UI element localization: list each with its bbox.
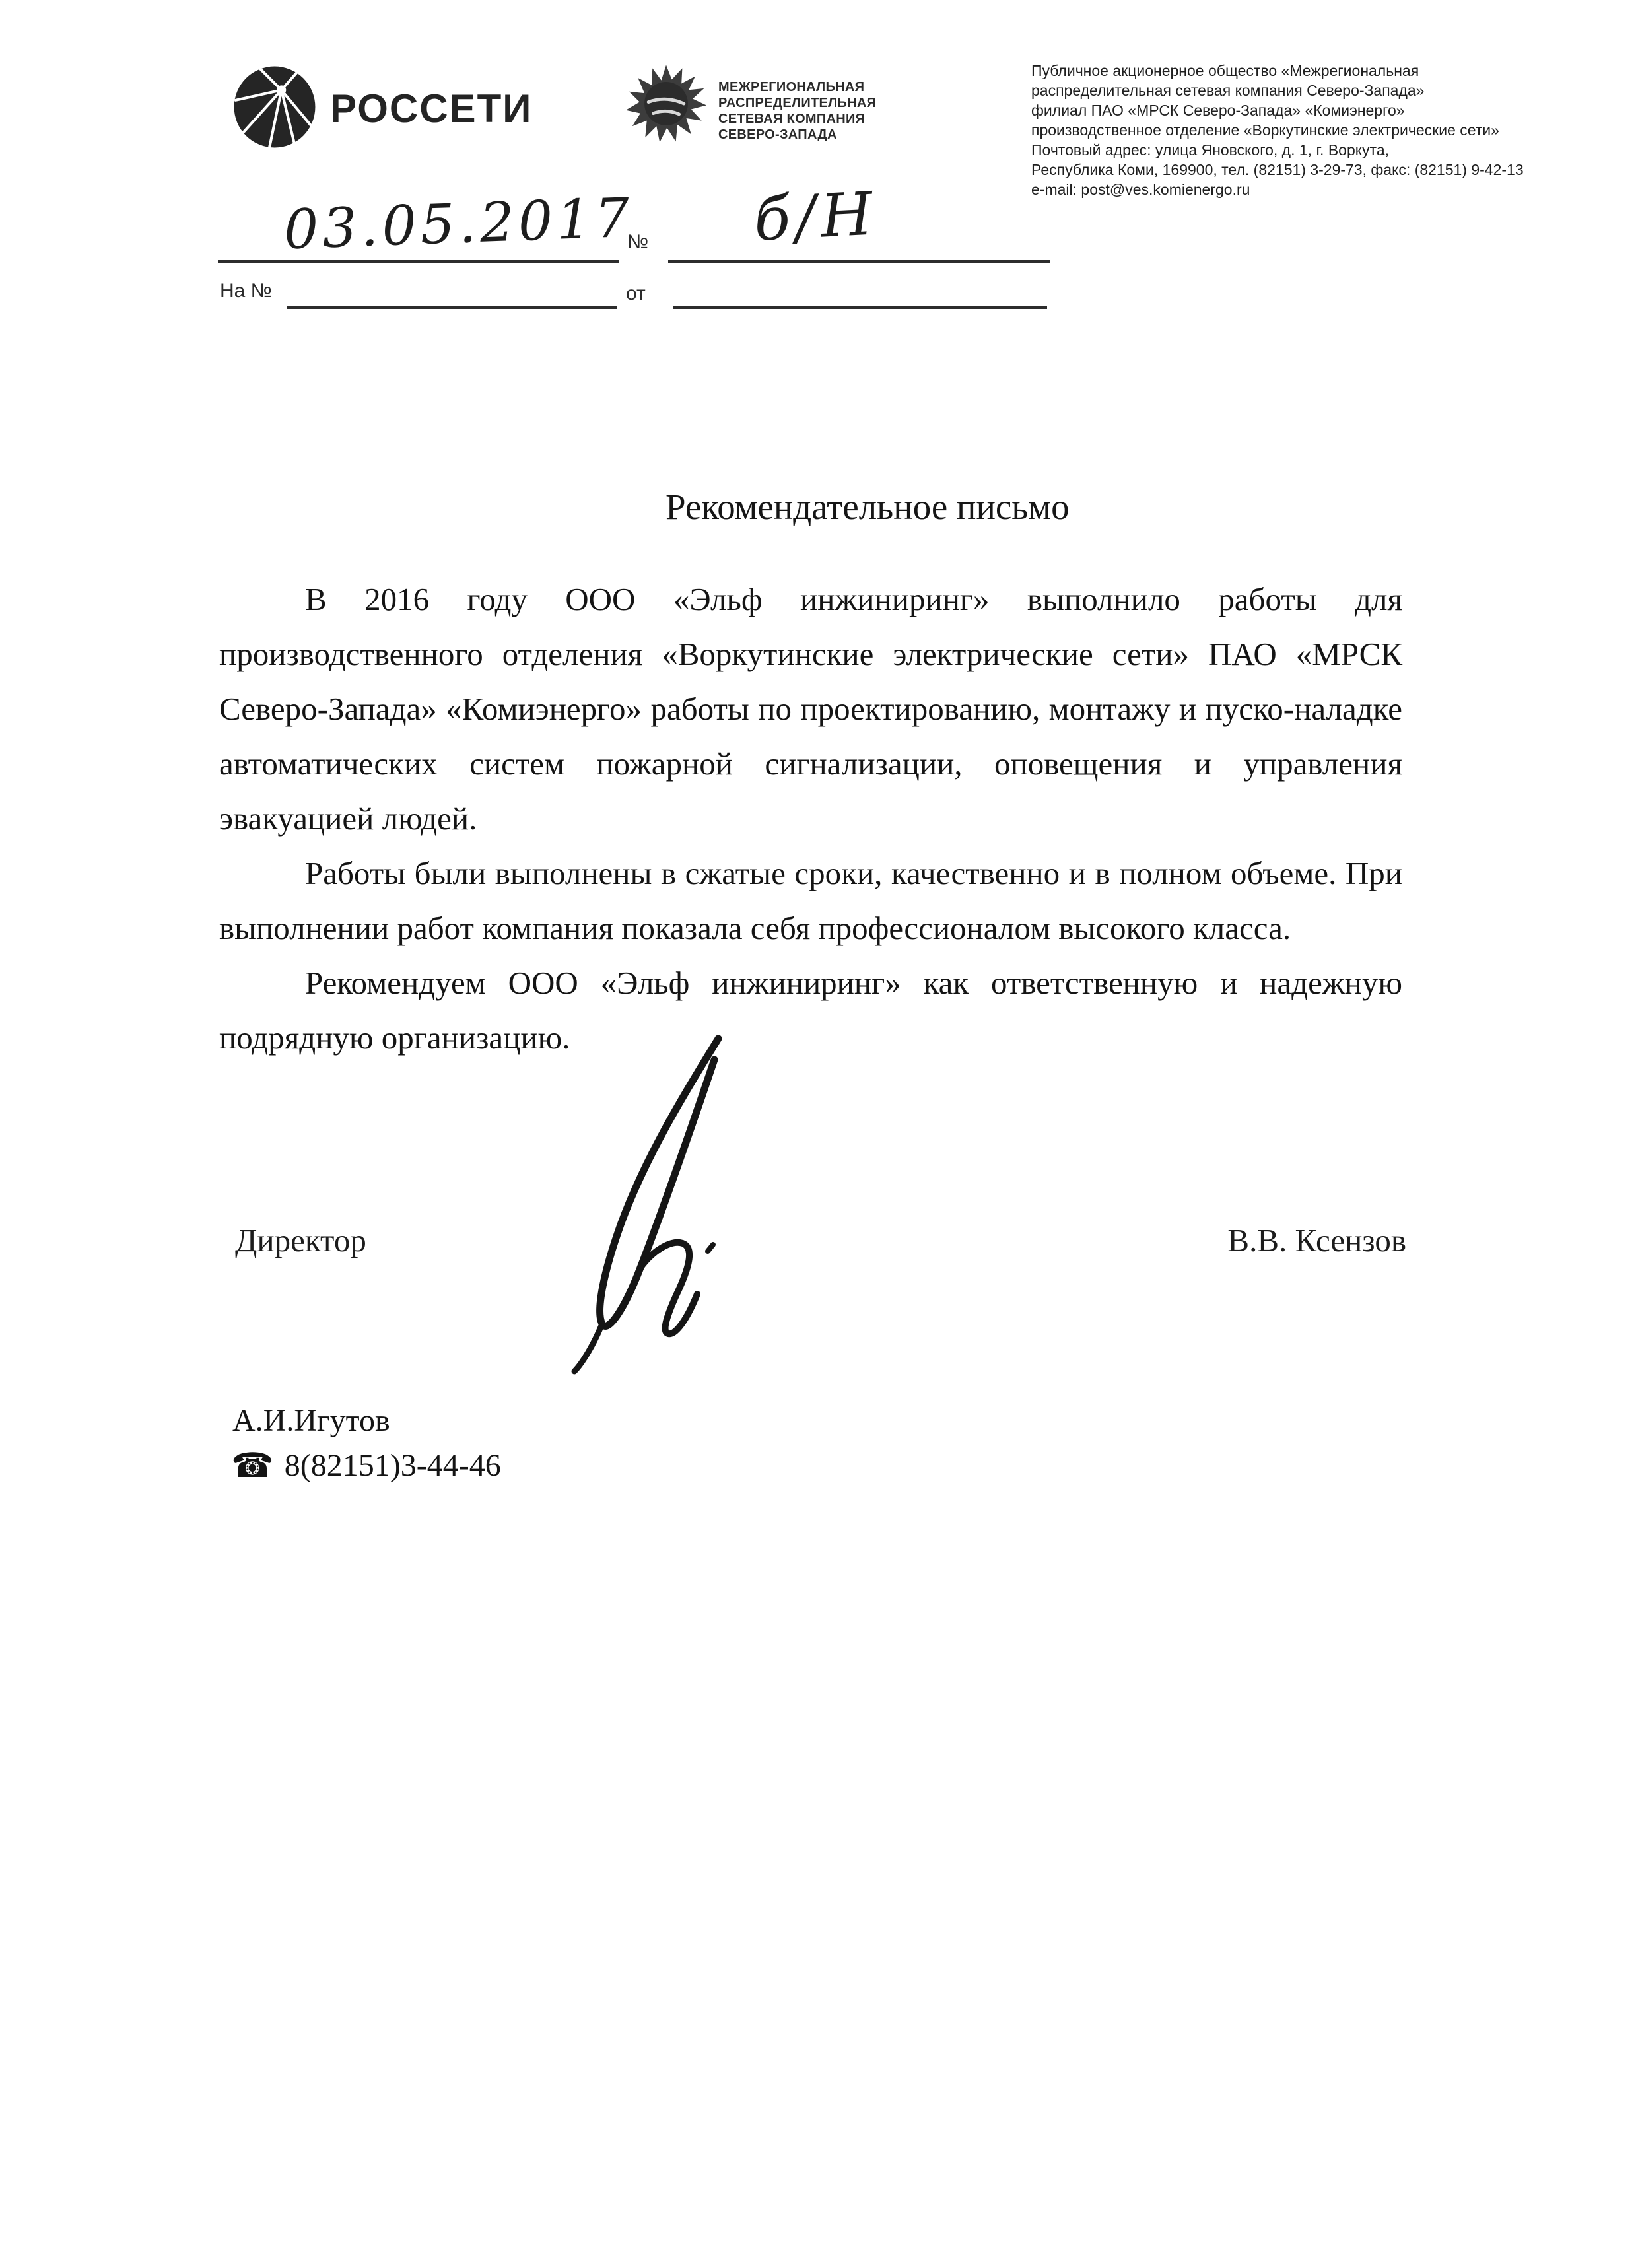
letter-paragraph: Работы были выполнены в сжатые сроки, ка… (219, 846, 1402, 955)
number-label: № (627, 231, 648, 254)
mrsk-logo-line: СЕТЕВАЯ КОМПАНИЯ (718, 111, 876, 127)
company-info-line: e-mail: post@ves.komienergo.ru (1031, 180, 1553, 199)
rosseti-emblem-icon (232, 65, 317, 153)
letter-body: В 2016 году ООО «Эльф инжиниринг» выполн… (219, 572, 1402, 1065)
signature-scrawl-icon (541, 1033, 753, 1380)
company-info-line: распределительная сетевая компания Север… (1031, 81, 1553, 100)
company-info-line: производственное отделение «Воркутинские… (1031, 120, 1553, 140)
from-underline (673, 306, 1047, 309)
contact-name: А.И.Игутов (232, 1402, 390, 1439)
contact-phone-row: ☎ 8(82151)3-44-46 (231, 1447, 501, 1484)
from-label: от (626, 283, 646, 305)
handwritten-date: 03.05.2017 (283, 187, 634, 261)
handwritten-number: б/Н (752, 179, 879, 255)
company-info-line: Почтовый адрес: улица Яновского, д. 1, г… (1031, 140, 1553, 160)
company-info-line: Республика Коми, 169900, тел. (82151) 3-… (1031, 160, 1553, 180)
letter-page: РОССЕТИ МЕЖРЕГИОНАЛЬНАЯ РАСПРЕДЕЛИТЕЛЬНА… (0, 0, 1636, 2268)
rosseti-logo: РОССЕТИ (232, 65, 532, 153)
company-info-line: филиал ПАО «МРСК Северо-Запада» «Комиэне… (1031, 100, 1553, 120)
letter-paragraph: В 2016 году ООО «Эльф инжиниринг» выполн… (219, 572, 1402, 846)
telephone-icon: ☎ (231, 1449, 274, 1483)
mrsk-logo-line: МЕЖРЕГИОНАЛЬНАЯ (718, 79, 876, 95)
company-info-line: Публичное акционерное общество «Межрегио… (1031, 61, 1553, 81)
signer-position: Директор (235, 1221, 366, 1259)
mrsk-logo-line: РАСПРЕДЕЛИТЕЛЬНАЯ (718, 95, 876, 111)
date-underline (218, 260, 619, 263)
contact-phone-number: 8(82151)3-44-46 (285, 1447, 501, 1484)
letter-title: Рекомендательное письмо (665, 486, 1070, 528)
mrsk-sun-icon (626, 63, 706, 147)
mrsk-logo-text: МЕЖРЕГИОНАЛЬНАЯ РАСПРЕДЕЛИТЕЛЬНАЯ СЕТЕВА… (718, 79, 876, 143)
rosseti-wordmark: РОССЕТИ (330, 86, 532, 131)
mrsk-logo-line: СЕВЕРО-ЗАПАДА (718, 127, 876, 143)
reply-underline (287, 306, 617, 309)
signer-name: В.В. Ксензов (1227, 1221, 1406, 1259)
company-info-block: Публичное акционерное общество «Межрегио… (1031, 61, 1553, 199)
letter-paragraph: Рекомендуем ООО «Эльф инжиниринг» как от… (219, 955, 1402, 1065)
number-underline (668, 260, 1050, 263)
mrsk-logo: МЕЖРЕГИОНАЛЬНАЯ РАСПРЕДЕЛИТЕЛЬНАЯ СЕТЕВА… (626, 63, 876, 147)
reply-to-label: На № (220, 280, 272, 302)
